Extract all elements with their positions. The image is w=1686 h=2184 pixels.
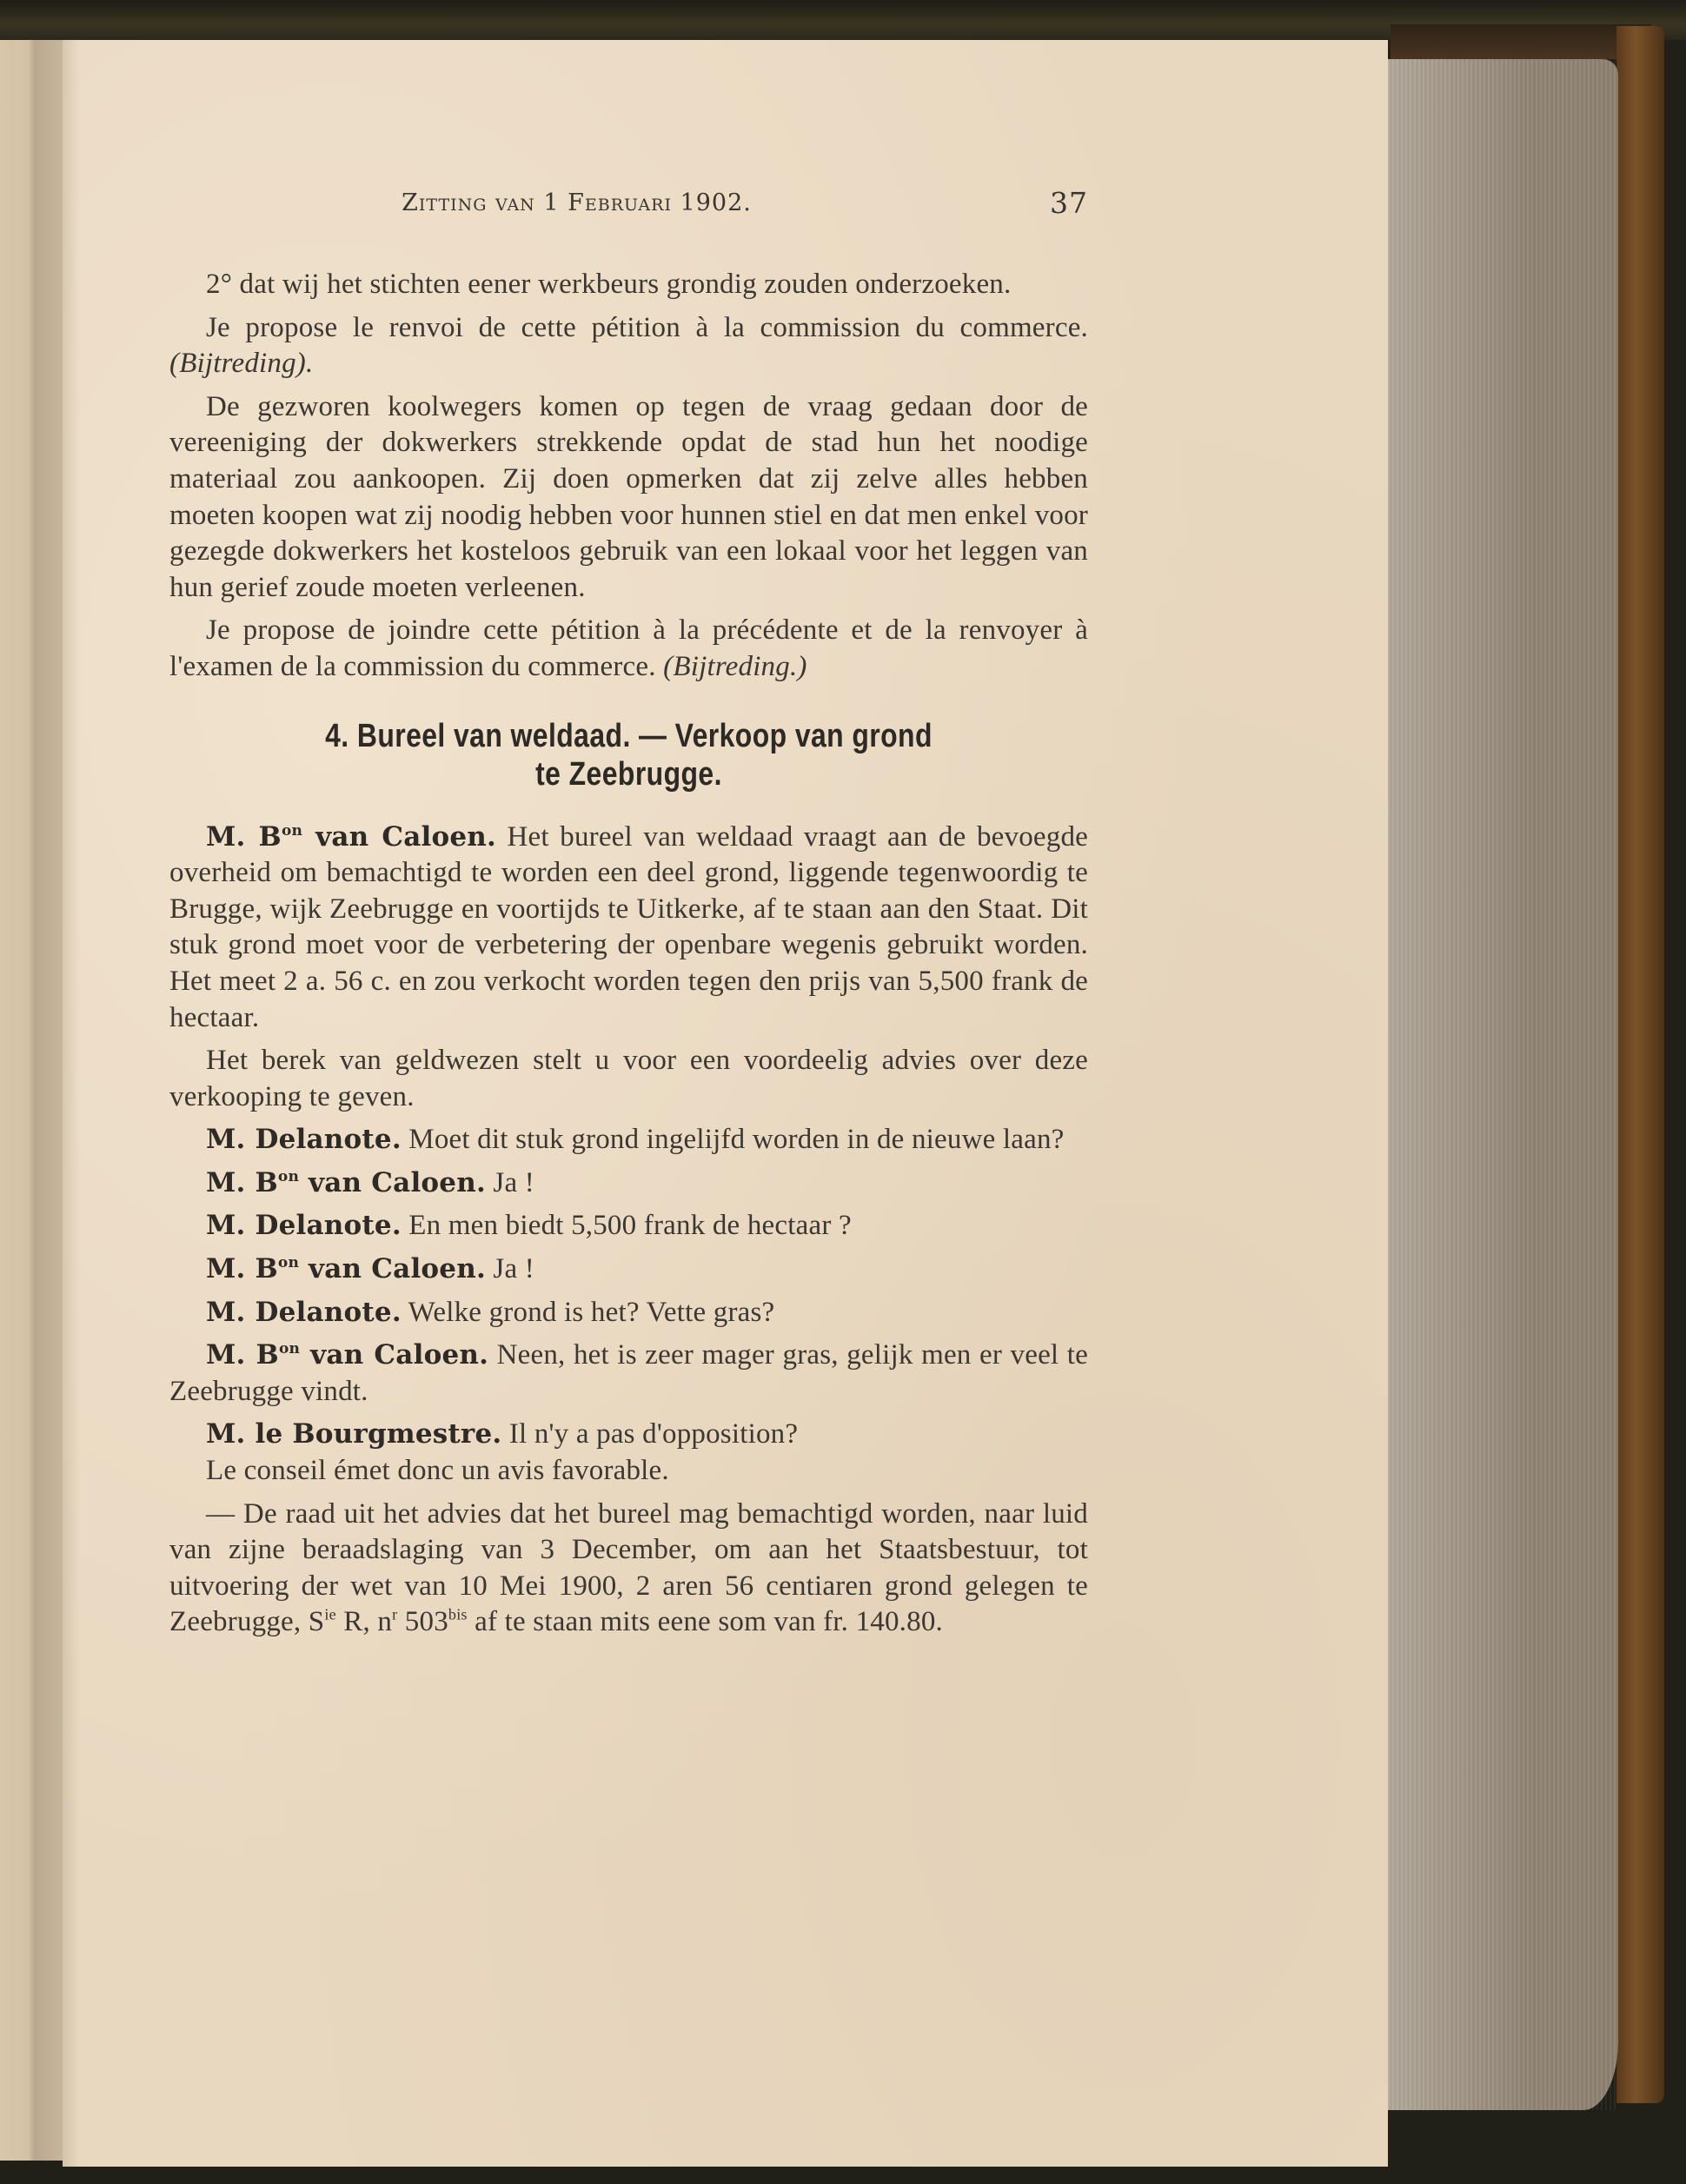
paragraph-text: Het berek van geldwezen stelt u voor een… [169,1045,1088,1112]
paragraph: Je propose le renvoi de cette pétition à… [169,310,1088,382]
paragraph-text: 2° dat wij het stichten eener werkbeurs … [206,269,1011,300]
resolution: — De raad uit het advies dat het bureel … [169,1497,1088,1641]
gutter-shadow [63,40,80,2167]
speaker-name: M. Bon van Caloen. [206,1339,488,1371]
page-body: 2° dat wij het stichten eener werkbeurs … [169,267,1088,1648]
speech-text: En men biedt 5,500 frank de hectaar ? [402,1210,852,1241]
paragraph-note: (Bijtreding). [169,348,313,379]
speaker-prefix: M. B [206,1339,279,1371]
speech: M. Bon van Caloen. Ja ! [169,1251,1088,1288]
section-heading: 4. Bureel van weldaad. — Verkoop van gro… [243,717,1015,793]
speech: M. Bon van Caloen. Het bureel van weldaa… [169,820,1088,1037]
speaker-suffix: van Caloen. [299,1253,486,1285]
page-block-texture [1388,59,1618,2110]
paragraph-note: (Bijtreding.) [663,651,806,682]
speech: M. Bon van Caloen. Ja ! [169,1165,1088,1202]
speech-text: Ja ! [486,1253,534,1285]
paragraph-text: De gezworen koolwegers komen op tegen de… [169,391,1088,603]
running-head: Zitting van 1 Februari 1902. 37 [169,189,1088,224]
speaker-title-sup: on [278,1168,299,1185]
book-cover-top [1391,24,1651,59]
speaker-title-sup: on [282,822,302,840]
speech-text: Ja ! [486,1167,534,1198]
paragraph: 2° dat wij het stichten eener werkbeurs … [169,267,1088,303]
speaker-name: M. Bon van Caloen. [206,1253,486,1285]
speech: M. le Bourgmestre. Il n'y a pas d'opposi… [169,1417,1088,1453]
resolution-sup: bis [448,1606,468,1623]
resolution-text: 503 [397,1606,448,1637]
conclusion-text: Le conseil émet donc un avis favorable. [206,1455,669,1486]
resolution-text: af te staan mits eene som van fr. 140.80… [468,1606,943,1637]
speaker-prefix: M. B [206,1253,278,1285]
speaker-name: M. Delanote. [206,1297,402,1328]
previous-page-edge [0,40,63,2161]
paragraph-text: Je propose de joindre cette pétition à l… [169,614,1088,682]
conclusion: Le conseil émet donc un avis favorable. [169,1453,1088,1490]
resolution-text: R, n [336,1606,392,1637]
speech-text: Il n'y a pas d'opposition? [501,1418,798,1450]
speaker-name: M. Delanote. [206,1124,402,1155]
section-heading-line-1: 4. Bureel van weldaad. — Verkoop van gro… [243,717,1015,755]
resolution-sup: ie [324,1606,336,1623]
book-cover-edge [1616,26,1664,2103]
speech: M. Delanote. En men biedt 5,500 frank de… [169,1208,1088,1245]
paragraph: Je propose de joindre cette pétition à l… [169,613,1088,685]
paragraph: Het berek van geldwezen stelt u voor een… [169,1043,1088,1115]
speaker-suffix: van Caloen. [299,1167,486,1198]
speaker-name: M. Bon van Caloen. [206,1167,486,1198]
speaker-title-sup: on [279,1340,300,1358]
running-head-title: Zitting van 1 Februari 1902. [169,189,984,216]
speaker-title-sup: on [278,1254,299,1271]
speech: M. Bon van Caloen. Neen, het is zeer mag… [169,1338,1088,1410]
speaker-name: M. Bon van Caloen. [206,821,496,853]
speaker-suffix: van Caloen. [300,1339,488,1371]
speaker-suffix: van Caloen. [302,821,496,853]
speaker-name: M. le Bourgmestre. [206,1418,501,1450]
speaker-name: M. Delanote. [206,1210,402,1241]
paragraph-text: Je propose le renvoi de cette pétition à… [206,312,1088,343]
book-page-block [1388,59,1618,2110]
speaker-prefix: M. B [206,821,282,853]
paragraph: De gezworen koolwegers komen op tegen de… [169,389,1088,607]
speaker-prefix: M. B [206,1167,278,1198]
speech: M. Delanote. Moet dit stuk grond ingelij… [169,1122,1088,1158]
speech-text: Moet dit stuk grond ingelijfd worden in … [402,1124,1065,1155]
speech-text: Het bureel van weldaad vraagt aan de bev… [169,821,1088,1033]
page-number: 37 [1050,186,1088,220]
section-heading-line-2: te Zeebrugge. [243,755,1015,793]
speech-text: Welke grond is het? Vette gras? [402,1297,775,1328]
speech: M. Delanote. Welke grond is het? Vette g… [169,1295,1088,1331]
